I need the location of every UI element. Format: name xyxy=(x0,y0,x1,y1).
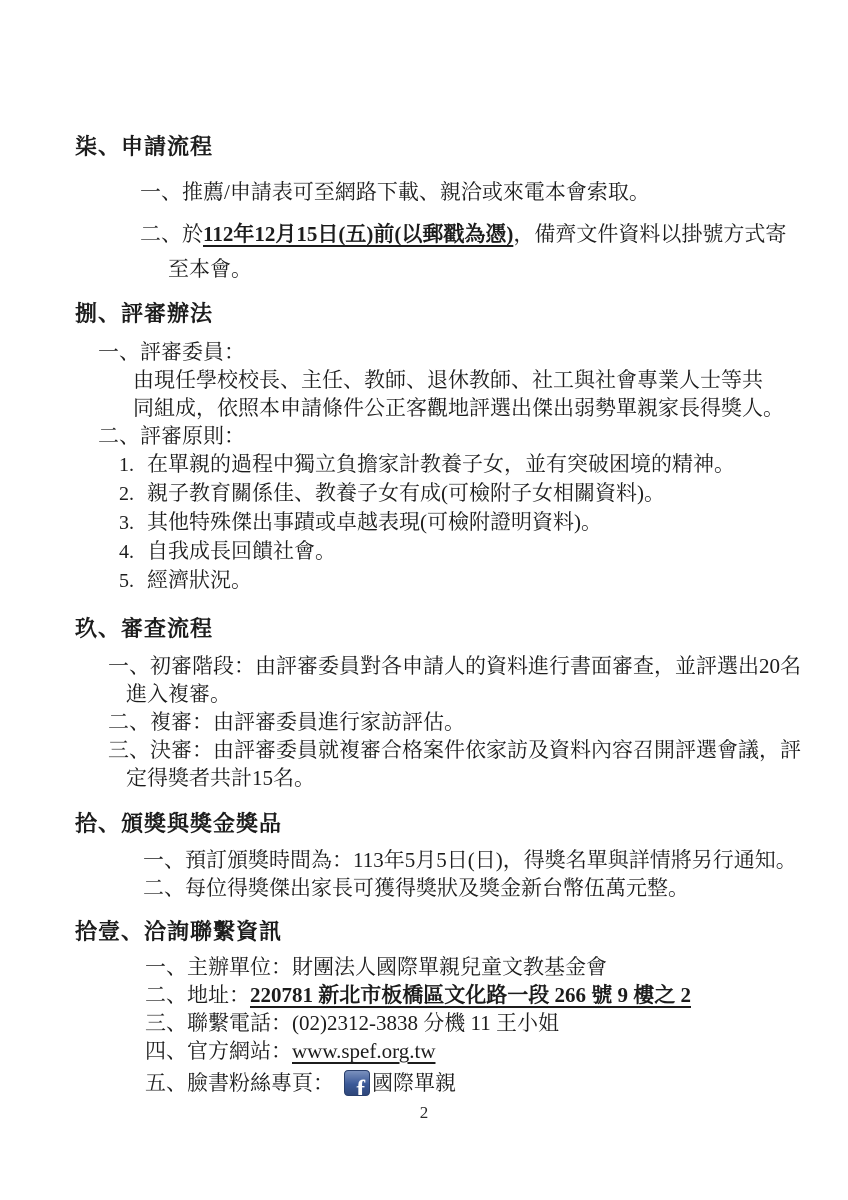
list-item: 二、評審原則： xyxy=(98,422,848,450)
principle-text: 經濟狀況。 xyxy=(147,568,252,592)
list-item-continuation: 由現任學校校長、主任、教師、退休教師、社工與社會專業人士等共 xyxy=(133,366,848,394)
principle-text: 親子教育關係佳、教養子女有成(可檢附子女相關資料)。 xyxy=(147,481,665,505)
website-link[interactable]: www.spef.org.tw xyxy=(292,1039,435,1063)
list-item-continuation: 至本會。 xyxy=(168,255,848,283)
address-value: 220781 新北市板橋區文化路一段 266 號 9 樓之 2 xyxy=(250,983,691,1007)
section-heading-contact-info: 拾壹、洽詢聯繫資訊 xyxy=(75,918,848,946)
contact-phone: 三、聯繫電話：(02)2312-3838 分機 11 王小姐 xyxy=(145,1009,848,1037)
contact-address: 二、地址：220781 新北市板橋區文化路一段 266 號 9 樓之 2 xyxy=(145,981,848,1009)
list-item: 一、評審委員： xyxy=(98,338,848,366)
website-label: 四、官方網站： xyxy=(145,1039,292,1063)
section-heading-awards: 拾、頒獎與獎金獎品 xyxy=(75,810,848,838)
list-item: 二、於112年12月15日(五)前(以郵戳為憑)，備齊文件資料以掛號方式寄 xyxy=(140,220,848,248)
principle-number: 5. xyxy=(119,567,147,595)
principle-number: 3. xyxy=(119,509,147,537)
principle-number: 2. xyxy=(119,480,147,508)
section-heading-review-method: 捌、評審辦法 xyxy=(75,300,848,328)
section-heading-application-process: 柒、申請流程 xyxy=(75,133,848,161)
list-item-continuation: 同組成，依照本申請條件公正客觀地評選出傑出弱勢單親家長得獎人。 xyxy=(133,394,848,422)
facebook-icon-letter: f xyxy=(356,1077,365,1096)
principle-text: 自我成長回饋社會。 xyxy=(147,539,336,563)
list-item: 一、初審階段：由評審委員對各申請人的資料進行書面審查，並評選出20名 xyxy=(108,652,848,680)
facebook-page-name[interactable]: 國際單親 xyxy=(372,1071,456,1095)
list-item-continuation: 進入複審。 xyxy=(126,680,848,708)
review-principle: 1.在單親的過程中獨立負擔家計教養子女，並有突破困境的精神。 xyxy=(119,450,848,479)
document-page: 柒、申請流程 一、推薦/申請表可至網路下載、親洽或來電本會索取。 二、於112年… xyxy=(0,0,848,1200)
principle-text: 在單親的過程中獨立負擔家計教養子女，並有突破困境的精神。 xyxy=(147,452,735,476)
deadline-prefix: 二、於 xyxy=(140,222,203,246)
principle-number: 1. xyxy=(119,451,147,479)
facebook-icon[interactable]: f xyxy=(344,1070,370,1096)
list-item: 二、每位得獎傑出家長可獲得獎狀及獎金新台幣伍萬元整。 xyxy=(143,874,848,902)
review-principle: 5.經濟狀況。 xyxy=(119,566,848,595)
section-heading-screening-process: 玖、審查流程 xyxy=(75,615,848,643)
deadline-emphasis: 112年12月15日(五)前(以郵戳為憑) xyxy=(203,222,513,246)
deadline-suffix: ，備齊文件資料以掛號方式寄 xyxy=(513,222,786,246)
review-principle: 2.親子教育關係佳、教養子女有成(可檢附子女相關資料)。 xyxy=(119,479,848,508)
list-item: 三、決審：由評審委員就複審合格案件依家訪及資料內容召開評選會議，評 xyxy=(108,736,848,764)
review-principle: 3.其他特殊傑出事蹟或卓越表現(可檢附證明資料)。 xyxy=(119,508,848,537)
principle-number: 4. xyxy=(119,538,147,566)
principle-text: 其他特殊傑出事蹟或卓越表現(可檢附證明資料)。 xyxy=(147,510,602,534)
contact-organizer: 一、主辦單位：財團法人國際單親兒童文教基金會 xyxy=(145,953,848,981)
list-item: 二、複審：由評審委員進行家訪評估。 xyxy=(108,708,848,736)
facebook-label: 五、臉書粉絲專頁： xyxy=(145,1071,334,1095)
review-principle: 4.自我成長回饋社會。 xyxy=(119,537,848,566)
page-number: 2 xyxy=(0,1103,848,1123)
list-item-continuation: 定得獎者共計15名。 xyxy=(126,764,848,792)
contact-website: 四、官方網站：www.spef.org.tw xyxy=(145,1037,848,1065)
list-item: 一、推薦/申請表可至網路下載、親洽或來電本會索取。 xyxy=(140,178,848,206)
contact-facebook: 五、臉書粉絲專頁：f國際單親 xyxy=(145,1067,848,1099)
address-label: 二、地址： xyxy=(145,983,250,1007)
list-item: 一、預訂頒獎時間為：113年5月5日(日)，得獎名單與詳情將另行通知。 xyxy=(143,846,848,874)
